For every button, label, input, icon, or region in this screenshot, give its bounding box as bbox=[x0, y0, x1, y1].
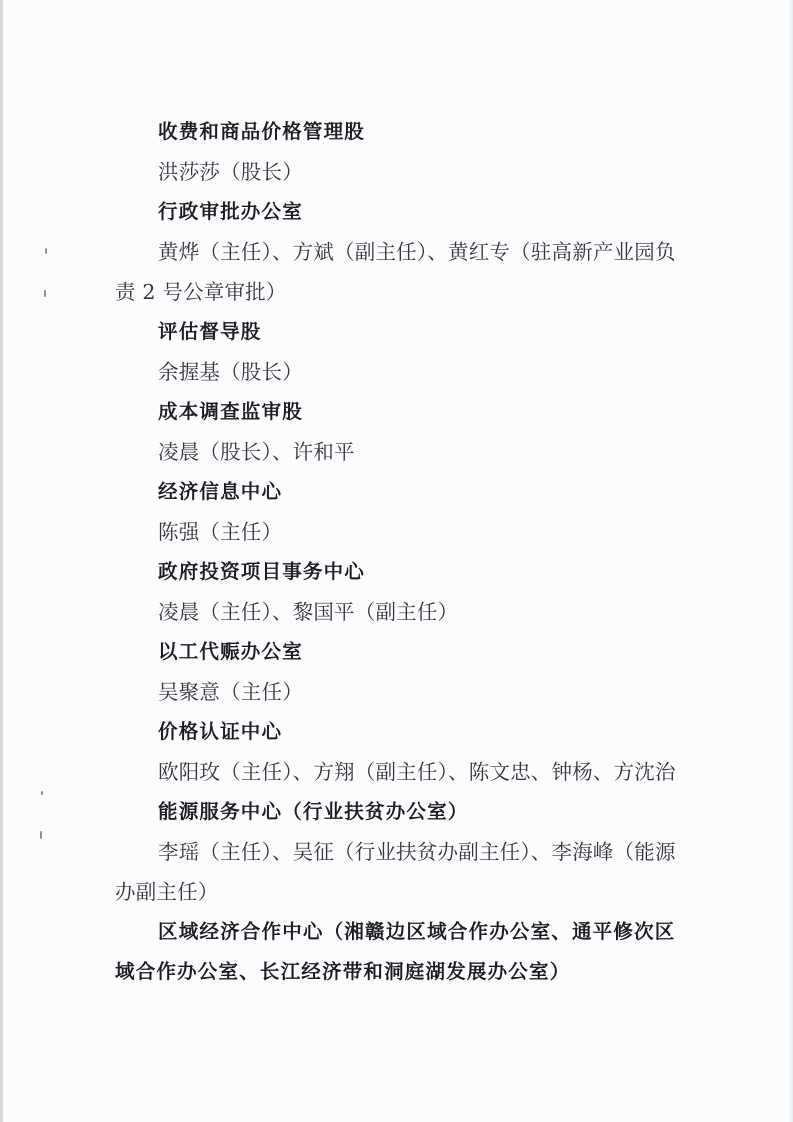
section-heading: 行政审批办公室 bbox=[115, 192, 695, 232]
section-heading: 区域经济合作中心（湘赣边区域合作办公室、通平修次区 bbox=[115, 912, 695, 952]
section-members: 凌晨（主任）、黎国平（副主任） bbox=[115, 592, 695, 632]
section-heading: 评估督导股 bbox=[115, 312, 695, 352]
section-heading: 价格认证中心 bbox=[115, 712, 695, 752]
section-members: 黄烨（主任）、方斌（副主任）、黄红专（驻高新产业园负 bbox=[115, 232, 695, 272]
section-heading: 能源服务中心（行业扶贫办公室） bbox=[115, 792, 695, 832]
scan-speck bbox=[45, 248, 47, 254]
section-members: 吴聚意（主任） bbox=[115, 672, 695, 712]
section-members-continued: 办副主任） bbox=[115, 872, 695, 912]
section-members-continued: 责 2 号公章审批） bbox=[115, 272, 695, 312]
scan-speck bbox=[44, 290, 46, 297]
section-heading: 成本调查监审股 bbox=[115, 392, 695, 432]
section-members: 陈强（主任） bbox=[115, 512, 695, 552]
section-heading: 收费和商品价格管理股 bbox=[115, 112, 695, 152]
section-heading: 经济信息中心 bbox=[115, 472, 695, 512]
section-heading: 政府投资项目事务中心 bbox=[115, 552, 695, 592]
section-members: 余握基（股长） bbox=[115, 352, 695, 392]
section-members: 洪莎莎（股长） bbox=[115, 152, 695, 192]
scan-edge-right bbox=[789, 0, 793, 1122]
section-members: 李瑶（主任）、吴征（行业扶贫办副主任）、李海峰（能源 bbox=[115, 832, 695, 872]
section-heading-continued: 域合作办公室、长江经济带和洞庭湖发展办公室） bbox=[115, 952, 695, 992]
document-page: 收费和商品价格管理股 洪莎莎（股长） 行政审批办公室 黄烨（主任）、方斌（副主任… bbox=[115, 112, 695, 992]
section-heading: 以工代赈办公室 bbox=[115, 632, 695, 672]
scan-edge-left bbox=[0, 0, 3, 1122]
section-members: 凌晨（股长）、许和平 bbox=[115, 432, 695, 472]
section-members: 欧阳玫（主任）、方翔（副主任）、陈文忠、钟杨、方沈治 bbox=[115, 752, 695, 792]
scan-speck bbox=[41, 791, 43, 795]
scan-speck bbox=[40, 831, 42, 839]
